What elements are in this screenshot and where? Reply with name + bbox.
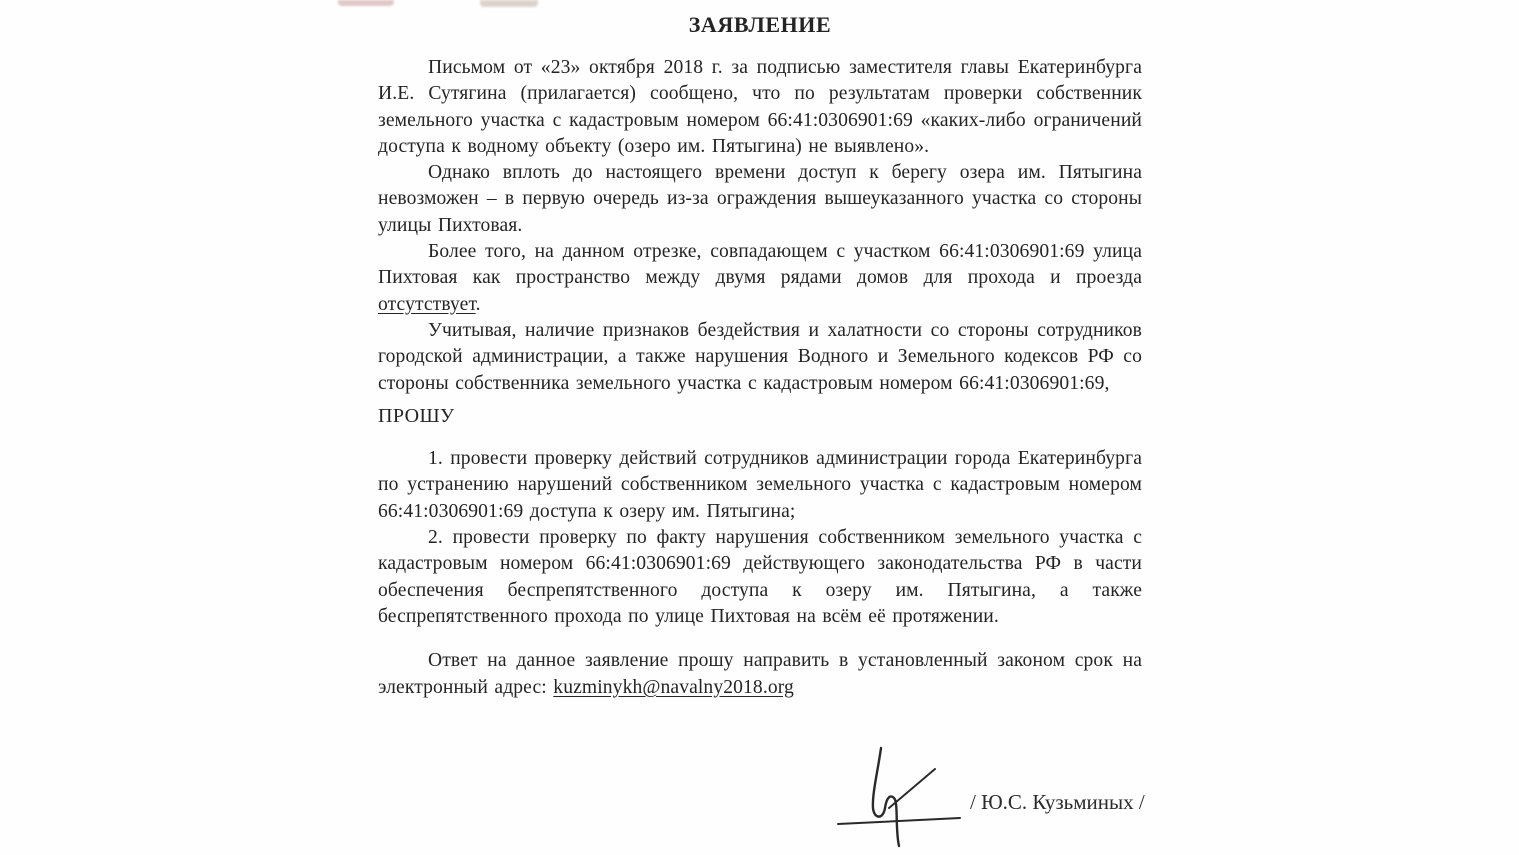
signature-block: / Ю.С. Кузьминых / xyxy=(832,742,1162,854)
scanned-document-page: ЗАЯВЛЕНИЕ Письмом от «23» октября 2018 г… xyxy=(0,0,1519,855)
request-item-1: 1. провести проверку действий сотруднико… xyxy=(378,446,1142,525)
paragraph-street-absent-text: Более того, на данном отрезке, совпадающ… xyxy=(378,241,1142,288)
paragraph-letter-reference: Письмом от «23» октября 2018 г. за подпи… xyxy=(378,55,1142,160)
paragraph-closing: Ответ на данное заявление прошу направит… xyxy=(378,648,1142,701)
paragraph-considering: Учитывая, наличие признаков бездействия … xyxy=(378,318,1142,397)
paragraph-access-impossible: Однако вплоть до настоящего времени дост… xyxy=(378,160,1142,239)
email-address: kuzminykh@navalny2018.org xyxy=(553,677,794,698)
scan-artifact-right xyxy=(480,0,538,7)
paragraph-street-absent: Более того, на данном отрезке, совпадающ… xyxy=(378,239,1142,318)
underlined-word: отсутствует xyxy=(378,294,476,315)
document-title: ЗАЯВЛЕНИЕ xyxy=(378,12,1142,38)
paragraph-street-absent-tail: . xyxy=(476,294,481,315)
scan-artifact-left xyxy=(338,0,394,6)
request-heading: ПРОШУ xyxy=(378,403,1142,429)
request-item-2: 2. провести проверку по факту нарушения … xyxy=(378,525,1142,630)
signatory-name: / Ю.С. Кузьминых / xyxy=(970,790,1145,815)
handwritten-signature-icon xyxy=(832,742,972,854)
document-body: ЗАЯВЛЕНИЕ Письмом от «23» октября 2018 г… xyxy=(378,12,1142,701)
